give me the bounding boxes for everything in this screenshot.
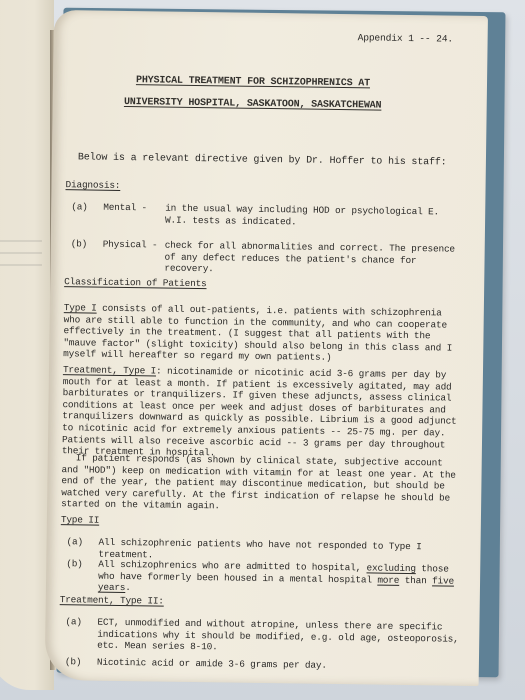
underlined-excluding: excluding [366, 562, 415, 574]
text-segment: than [399, 574, 432, 585]
item-marker: (a) [59, 616, 97, 651]
treatment-type1-paragraph: Treatment, Type I: nicotinamide or nicot… [62, 364, 458, 462]
item-text: ECT, unmodified and without atropine, un… [97, 617, 459, 657]
item-marker: (a) [60, 536, 98, 560]
item-term: Physical - [102, 239, 164, 275]
treatment-type2-item-b: (b) Nicotinic acid or amide 3-6 grams pe… [59, 656, 459, 673]
appendix-label: Appendix 1 -- 24. [358, 32, 453, 45]
item-marker: (b) [59, 656, 97, 668]
item-text: Nicotinic acid or amide 3-6 grams per da… [97, 657, 459, 674]
photo-scene: Appendix 1 -- 24. PHYSICAL TREATMENT FOR… [0, 0, 525, 700]
bleed-through-line [0, 240, 42, 242]
type1-label: Type I [64, 302, 97, 313]
type1-paragraph: Type I consists of all out-patients, i.e… [63, 302, 459, 365]
type1-text: consists of all out-patients, i.e. patie… [63, 303, 452, 364]
diagnosis-item-b: (b) Physical - check for all abnormaliti… [64, 238, 464, 278]
type2-heading: Type II [61, 514, 461, 531]
document-page: Appendix 1 -- 24. PHYSICAL TREATMENT FOR… [45, 10, 488, 686]
item-marker: (b) [64, 238, 102, 273]
response-paragraph: If patient responds (as shown by clinica… [61, 452, 457, 515]
bleed-through-line [0, 252, 42, 254]
type2-item-b: (b) All schizophrenics who are admitted … [60, 558, 460, 598]
underlined-more: more [377, 574, 399, 585]
classification-heading: Classification of Patients [64, 276, 464, 293]
item-text: All schizophrenics who are admitted to h… [98, 559, 460, 599]
intro-text: Below is a relevant directive given by D… [78, 152, 478, 169]
title-line-1: PHYSICAL TREATMENT FOR SCHIZOPHRENICS AT [53, 74, 453, 91]
item-text: in the usual way including HOD or psycho… [165, 203, 465, 230]
text-segment: . [125, 582, 131, 593]
diagnosis-item-a: (a) Mental - in the usual way including … [65, 201, 465, 230]
item-marker: (a) [65, 201, 103, 225]
diagnosis-heading: Diagnosis: [65, 179, 465, 196]
item-term: Mental - [103, 202, 165, 226]
item-marker: (b) [60, 558, 98, 593]
treatment-type1-text: : nicotinamide or nicotinic acid 3-6 gra… [62, 365, 457, 458]
treatment-type1-label: Treatment, Type I [63, 364, 156, 376]
item-text: check for all abnormalities and correct.… [164, 240, 464, 279]
title-line-2: UNIVERSITY HOSPITAL, SASKATOON, SASKATCH… [53, 96, 453, 113]
page-content: Appendix 1 -- 24. PHYSICAL TREATMENT FOR… [68, 28, 468, 34]
treatment-type2-item-a: (a) ECT, unmodified and without atropine… [59, 616, 459, 656]
bleed-through-line [0, 264, 42, 266]
